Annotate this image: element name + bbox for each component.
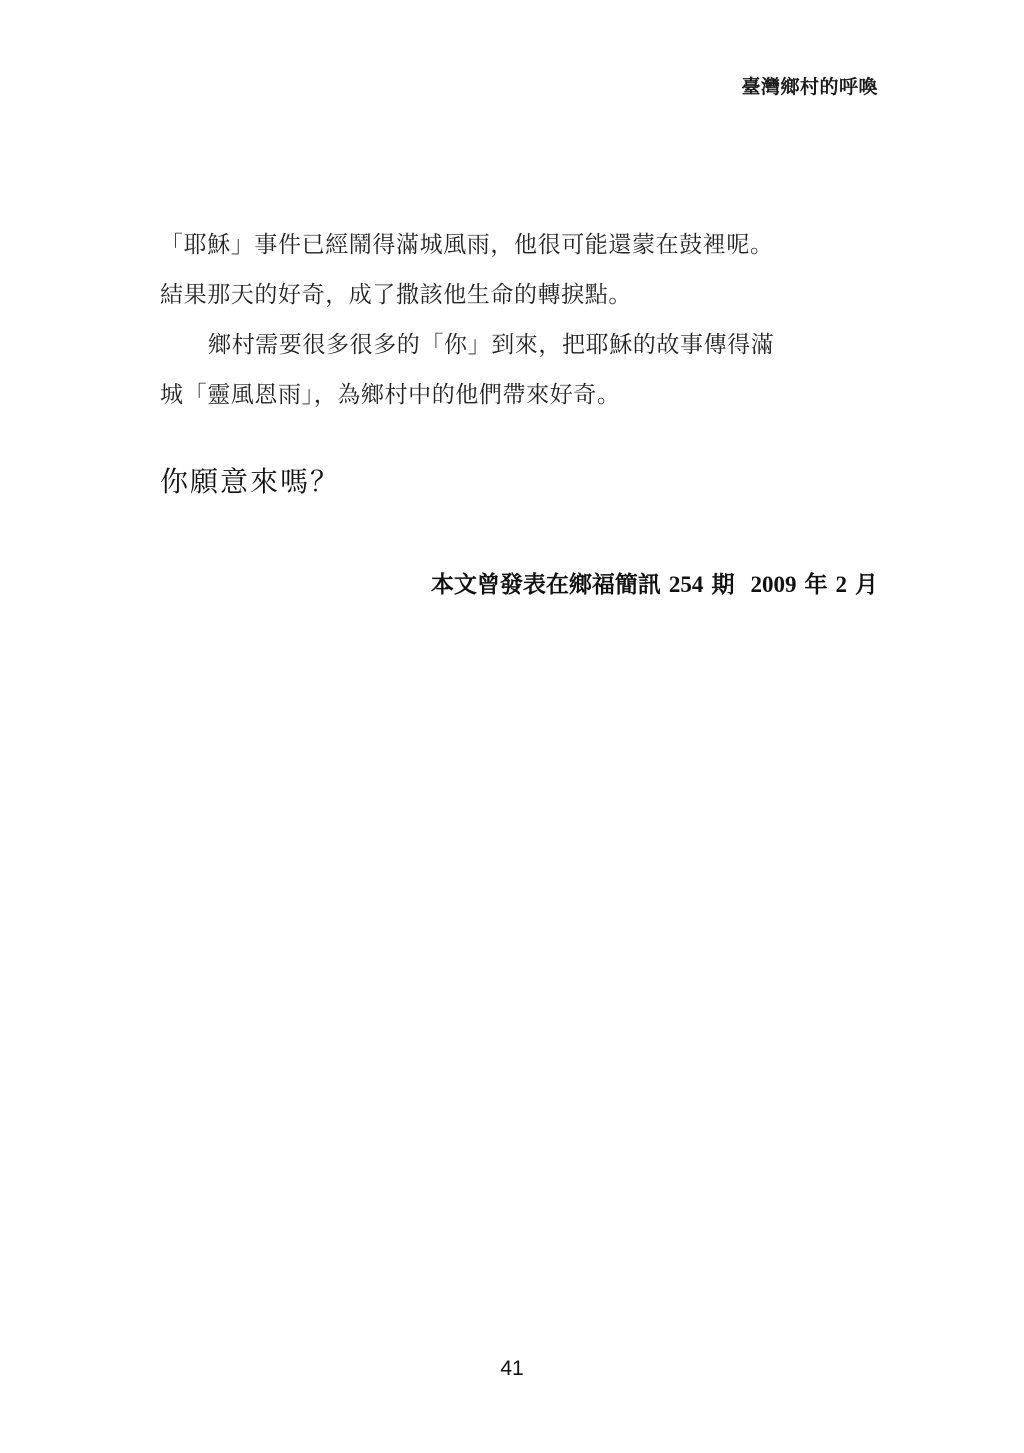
issue-number: 254 [669,572,704,597]
body-line: 城「靈風恩雨」，為鄉村中的他們帶來好奇。 [160,370,880,420]
month-label: 月 [855,572,878,598]
body-line: 結果那天的好奇，成了撒該他生命的轉捩點。 [160,270,880,320]
publication-source-note: 本文曾發表在鄉福簡訊 254 期 2009 年 2 月 [431,566,878,599]
source-prefix: 本文曾發表在鄉福簡訊 [431,572,661,598]
publication-month: 2 [835,572,847,597]
publication-year: 2009 [750,572,796,597]
page-number: 41 [0,1357,1024,1381]
running-header-title: 臺灣鄉村的呼喚 [741,72,878,99]
body-line: 鄉村需要很多很多的「你」到來，把耶穌的故事傳得滿 [160,320,880,370]
year-label: 年 [804,572,827,598]
body-line: 「耶穌」事件已經鬧得滿城風雨，他很可能還蒙在鼓裡呢。 [160,220,880,270]
body-paragraphs: 「耶穌」事件已經鬧得滿城風雨，他很可能還蒙在鼓裡呢。 結果那天的好奇，成了撒該他… [160,220,880,420]
issue-label: 期 [711,572,734,598]
closing-question: 你願意來嗎？ [160,460,340,500]
